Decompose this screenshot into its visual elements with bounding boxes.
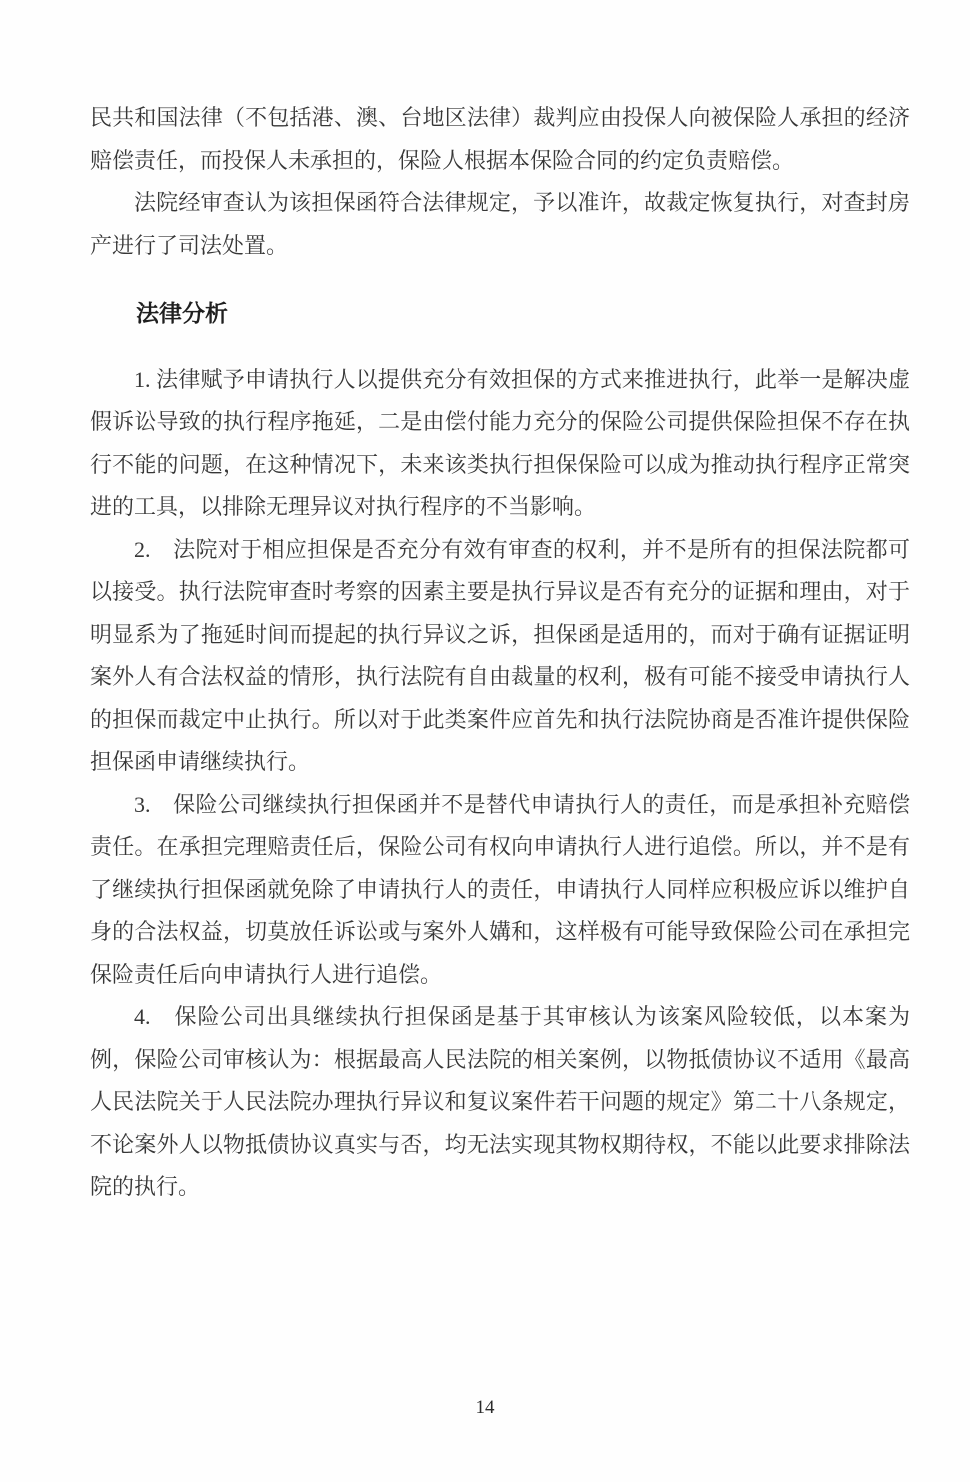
analysis-point-4: 4. 保险公司出具继续执行担保函是基于其审核认为该案风险较低，以本案为例，保险公… xyxy=(90,996,910,1209)
page-footer: 14 xyxy=(0,1396,970,1420)
paragraph-continuation: 民共和国法律（不包括港、澳、台地区法律）裁判应由投保人向被保险人承担的经济赔偿责… xyxy=(90,97,910,182)
paragraph-court-review: 法院经审查认为该担保函符合法律规定，予以准许，故裁定恢复执行，对查封房产进行了司… xyxy=(90,182,910,267)
section-heading: 法律分析 xyxy=(90,292,910,335)
analysis-point-3: 3. 保险公司继续执行担保函并不是替代申请执行人的责任，而是承担补充赔偿责任。在… xyxy=(90,784,910,997)
analysis-point-1: 1. 法律赋予申请执行人以提供充分有效担保的方式来推进执行，此举一是解决虚假诉讼… xyxy=(90,359,910,529)
document-body: 民共和国法律（不包括港、澳、台地区法律）裁判应由投保人向被保险人承担的经济赔偿责… xyxy=(90,97,910,1209)
page-number: 14 xyxy=(476,1397,495,1418)
document-page: 民共和国法律（不包括港、澳、台地区法律）裁判应由投保人向被保险人承担的经济赔偿责… xyxy=(0,0,970,1482)
analysis-point-2: 2. 法院对于相应担保是否充分有效有审查的权利，并不是所有的担保法院都可以接受。… xyxy=(90,529,910,784)
